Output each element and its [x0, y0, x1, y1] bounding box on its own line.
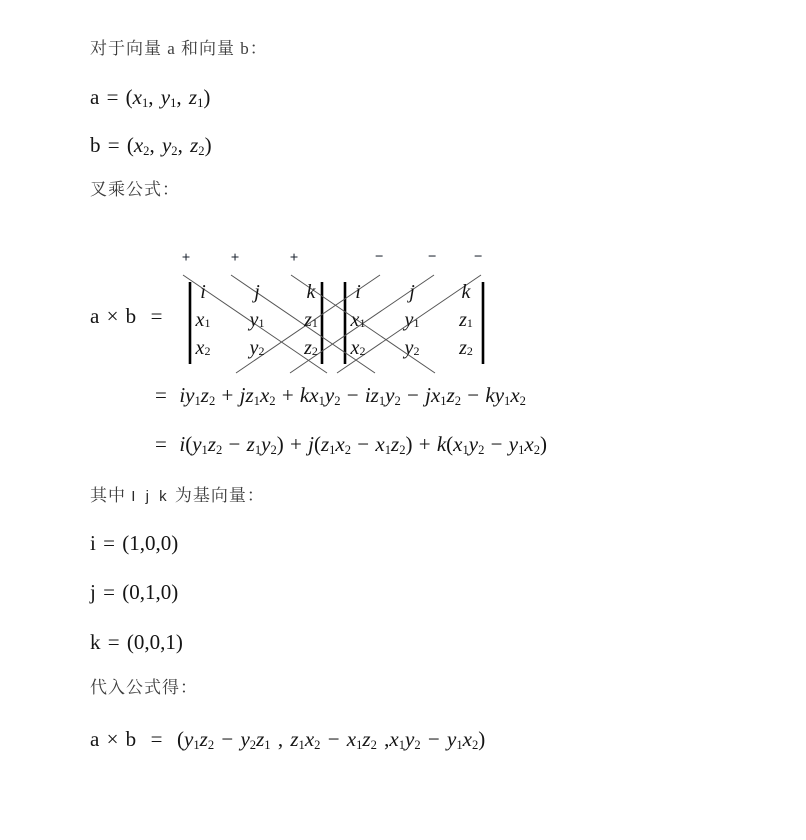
matrix-cell: z1: [439, 306, 493, 334]
basis-vectors-label: 其中 I j k 为基向量：: [90, 485, 265, 507]
matrix-cell: i: [176, 278, 230, 306]
matrix-cell: z1: [284, 306, 338, 334]
vector-b-definition: b = (x2, y2, z2): [90, 132, 212, 158]
basis-label-prefix: 其中: [90, 486, 131, 505]
plus-sign: +: [290, 251, 299, 265]
basis-label-ijk: I j k: [131, 488, 169, 505]
cross-product-label: 叉乘公式：: [90, 179, 180, 200]
matrix-cell: k: [284, 278, 338, 306]
minus-sign: −: [474, 250, 483, 264]
basis-label-suffix: 为基向量：: [170, 486, 265, 505]
matrix-cell: j: [230, 278, 284, 306]
basis-j-definition: j = (0,1,0): [90, 579, 178, 605]
intro-text: 对于向量 a 和向量 b：: [90, 38, 268, 59]
result-equation: a × b = (y1z2 − y2z1 , z1x2 − x1z2 ,x1y2…: [90, 726, 485, 752]
document-page: 对于向量 a 和向量 b： a = (x1, y1, z1) b = (x2, …: [0, 0, 806, 840]
matrix-left: ijkx1y1z1x2y2z2: [176, 278, 338, 362]
matrix-cell: x2: [176, 334, 230, 362]
matrix-cell: x1: [176, 306, 230, 334]
matrix-cell: y2: [385, 334, 439, 362]
plus-sign: +: [231, 251, 240, 265]
determinant-lhs: a × b =: [90, 303, 163, 329]
vector-a-definition: a = (x1, y1, z1): [90, 84, 210, 110]
plus-sign: +: [182, 251, 191, 265]
matrix-cell: z2: [284, 334, 338, 362]
matrix-cell: x1: [331, 306, 385, 334]
matrix-right: ijkx1y1z1x2y2z2: [331, 278, 493, 362]
expansion-equation: = iy1z2 + jz1x2 + kx1y2 − iz1y2 − jx1z2 …: [155, 382, 526, 409]
matrix-cell: y2: [230, 334, 284, 362]
matrix-cell: y1: [230, 306, 284, 334]
basis-i-definition: i = (1,0,0): [90, 530, 178, 556]
matrix-cell: y1: [385, 306, 439, 334]
grouped-equation: = i(y1z2 − z1y2) + j(z1x2 − x1z2) + k(x1…: [155, 431, 547, 458]
matrix-cell: x2: [331, 334, 385, 362]
matrix-cell: j: [385, 278, 439, 306]
substitute-label: 代入公式得：: [90, 677, 198, 698]
matrix-cell: z2: [439, 334, 493, 362]
minus-sign: −: [375, 250, 384, 264]
basis-k-definition: k = (0,0,1): [90, 629, 183, 655]
matrix-cell: i: [331, 278, 385, 306]
matrix-cell: k: [439, 278, 493, 306]
minus-sign: −: [428, 250, 437, 264]
